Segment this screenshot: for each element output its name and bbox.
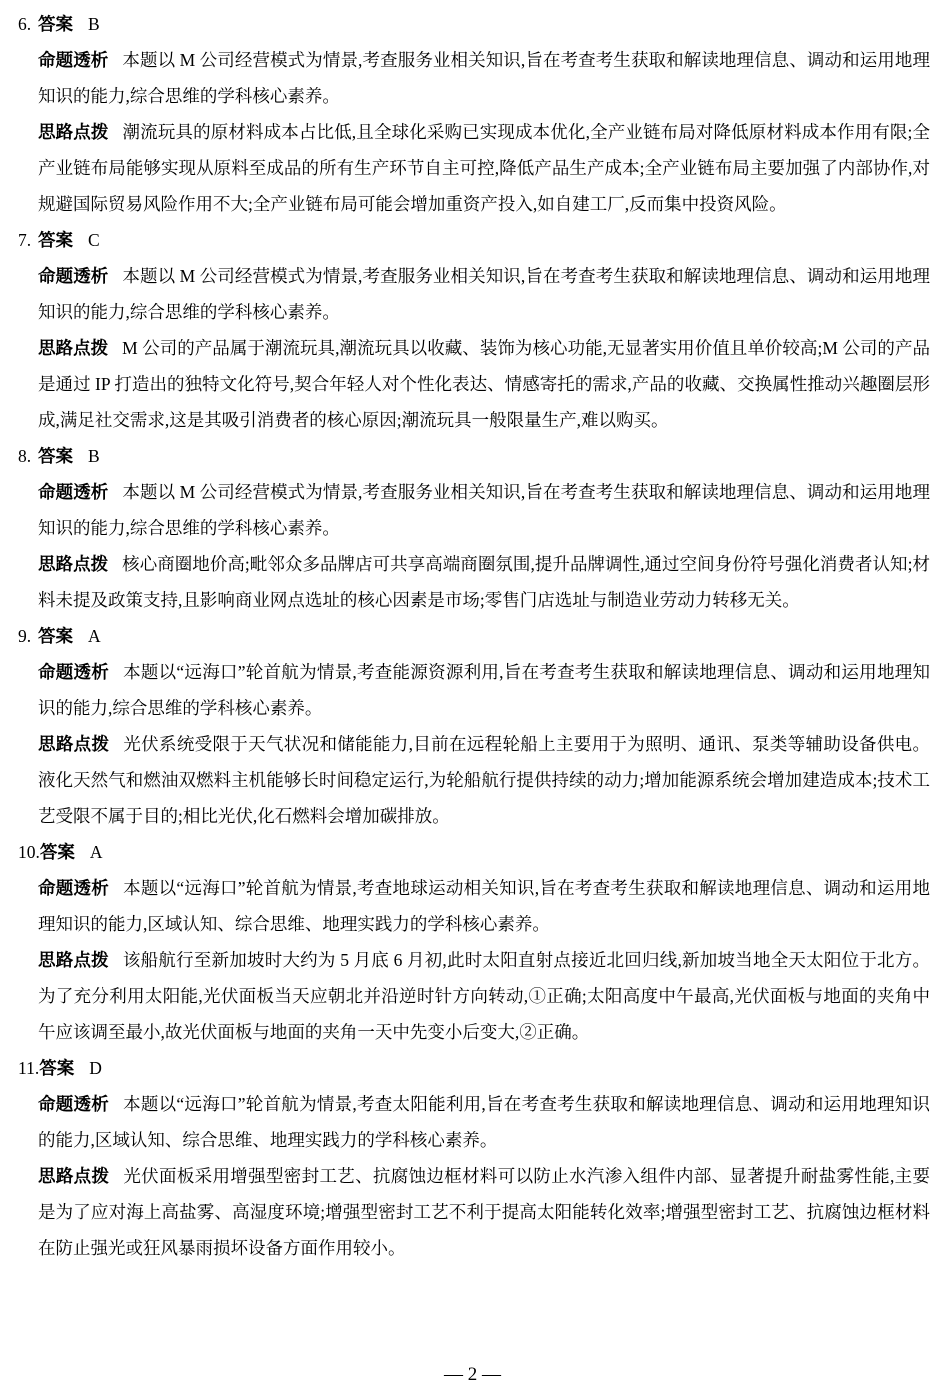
paragraph-text: 本题以“远海口”轮首航为情景,考查地球运动相关知识,旨在考查考生获取和解读地理信…	[38, 878, 930, 934]
answer-head: 6.答案B	[18, 6, 930, 42]
answer-item: 6.答案B命题透析本题以 M 公司经营模式为情景,考查服务业相关知识,旨在考查考…	[38, 6, 930, 222]
answer-head: 10.答案A	[18, 834, 930, 870]
analysis-paragraph: 命题透析本题以 M 公司经营模式为情景,考查服务业相关知识,旨在考查考生获取和解…	[38, 42, 930, 114]
answer-label: 答案	[39, 1058, 74, 1078]
analysis-paragraph: 命题透析本题以 M 公司经营模式为情景,考查服务业相关知识,旨在考查考生获取和解…	[38, 258, 930, 330]
answer-item: 10.答案A命题透析本题以“远海口”轮首航为情景,考查地球运动相关知识,旨在考查…	[38, 834, 930, 1050]
analysis-label: 命题透析	[38, 662, 109, 682]
answer-head: 8.答案B	[18, 438, 930, 474]
answer-item: 7.答案C命题透析本题以 M 公司经营模式为情景,考查服务业相关知识,旨在考查考…	[38, 222, 930, 438]
tips-paragraph: 思路点拨该船航行至新加坡时大约为 5 月底 6 月初,此时太阳直射点接近北回归线…	[38, 942, 930, 1050]
page-number: — 2 —	[444, 1364, 501, 1385]
document-page: 6.答案B命题透析本题以 M 公司经营模式为情景,考查服务业相关知识,旨在考查考…	[0, 0, 945, 1399]
question-number: 6.	[18, 6, 38, 42]
answer-item: 8.答案B命题透析本题以 M 公司经营模式为情景,考查服务业相关知识,旨在考查考…	[38, 438, 930, 618]
question-number: 10.	[18, 834, 40, 870]
paragraph-text: 核心商圈地价高;毗邻众多品牌店可共享高端商圈氛围,提升品牌调性,通过空间身份符号…	[38, 554, 930, 610]
tips-paragraph: 思路点拨M 公司的产品属于潮流玩具,潮流玩具以收藏、装饰为核心功能,无显著实用价…	[38, 330, 930, 438]
page-footer: — 2 —	[0, 1361, 945, 1389]
answer-label: 答案	[38, 14, 73, 34]
analysis-paragraph: 命题透析本题以“远海口”轮首航为情景,考查太阳能利用,旨在考查考生获取和解读地理…	[38, 1086, 930, 1158]
answer-letter: D	[89, 1058, 102, 1078]
tips-label: 思路点拨	[38, 122, 109, 142]
answer-item: 11.答案D命题透析本题以“远海口”轮首航为情景,考查太阳能利用,旨在考查考生获…	[38, 1050, 930, 1266]
tips-label: 思路点拨	[38, 554, 108, 574]
paragraph-text: 本题以 M 公司经营模式为情景,考查服务业相关知识,旨在考查考生获取和解读地理信…	[38, 50, 930, 106]
tips-paragraph: 思路点拨光伏面板采用增强型密封工艺、抗腐蚀边框材料可以防止水汽渗入组件内部、显著…	[38, 1158, 930, 1266]
answer-letter: A	[90, 842, 103, 862]
question-number: 9.	[18, 618, 38, 654]
analysis-label: 命题透析	[38, 266, 108, 286]
paragraph-text: 本题以 M 公司经营模式为情景,考查服务业相关知识,旨在考查考生获取和解读地理信…	[38, 482, 930, 538]
answer-head: 11.答案D	[18, 1050, 930, 1086]
analysis-label: 命题透析	[38, 1094, 109, 1114]
tips-label: 思路点拨	[38, 734, 109, 754]
paragraph-text: 光伏面板采用增强型密封工艺、抗腐蚀边框材料可以防止水汽渗入组件内部、显著提升耐盐…	[38, 1166, 930, 1258]
tips-label: 思路点拨	[38, 950, 109, 970]
tips-paragraph: 思路点拨潮流玩具的原材料成本占比低,且全球化采购已实现成本优化,全产业链布局对降…	[38, 114, 930, 222]
question-number: 8.	[18, 438, 38, 474]
analysis-label: 命题透析	[38, 50, 108, 70]
paragraph-text: 本题以“远海口”轮首航为情景,考查太阳能利用,旨在考查考生获取和解读地理信息、调…	[38, 1094, 930, 1150]
tips-paragraph: 思路点拨核心商圈地价高;毗邻众多品牌店可共享高端商圈氛围,提升品牌调性,通过空间…	[38, 546, 930, 618]
answer-letter: C	[88, 230, 100, 250]
analysis-paragraph: 命题透析本题以“远海口”轮首航为情景,考查能源资源利用,旨在考查考生获取和解读地…	[38, 654, 930, 726]
answer-explanations-list: 6.答案B命题透析本题以 M 公司经营模式为情景,考查服务业相关知识,旨在考查考…	[38, 6, 930, 1266]
analysis-label: 命题透析	[38, 878, 109, 898]
tips-paragraph: 思路点拨光伏系统受限于天气状况和储能能力,目前在远程轮船上主要用于为照明、通讯、…	[38, 726, 930, 834]
analysis-label: 命题透析	[38, 482, 108, 502]
answer-label: 答案	[38, 626, 73, 646]
tips-label: 思路点拨	[38, 1166, 109, 1186]
answer-letter: A	[88, 626, 101, 646]
answer-head: 9.答案A	[18, 618, 930, 654]
answer-head: 7.答案C	[18, 222, 930, 258]
answer-label: 答案	[40, 842, 75, 862]
paragraph-text: 光伏系统受限于天气状况和储能能力,目前在远程轮船上主要用于为照明、通讯、泵类等辅…	[38, 734, 930, 826]
question-number: 11.	[18, 1050, 39, 1086]
paragraph-text: 潮流玩具的原材料成本占比低,且全球化采购已实现成本优化,全产业链布局对降低原材料…	[38, 122, 930, 214]
answer-item: 9.答案A命题透析本题以“远海口”轮首航为情景,考查能源资源利用,旨在考查考生获…	[38, 618, 930, 834]
answer-letter: B	[88, 14, 100, 34]
paragraph-text: 本题以“远海口”轮首航为情景,考查能源资源利用,旨在考查考生获取和解读地理信息、…	[38, 662, 930, 718]
analysis-paragraph: 命题透析本题以“远海口”轮首航为情景,考查地球运动相关知识,旨在考查考生获取和解…	[38, 870, 930, 942]
paragraph-text: M 公司的产品属于潮流玩具,潮流玩具以收藏、装饰为核心功能,无显著实用价值且单价…	[38, 338, 930, 430]
answer-label: 答案	[38, 230, 73, 250]
question-number: 7.	[18, 222, 38, 258]
answer-label: 答案	[38, 446, 73, 466]
analysis-paragraph: 命题透析本题以 M 公司经营模式为情景,考查服务业相关知识,旨在考查考生获取和解…	[38, 474, 930, 546]
paragraph-text: 本题以 M 公司经营模式为情景,考查服务业相关知识,旨在考查考生获取和解读地理信…	[38, 266, 930, 322]
tips-label: 思路点拨	[38, 338, 108, 358]
paragraph-text: 该船航行至新加坡时大约为 5 月底 6 月初,此时太阳直射点接近北回归线,新加坡…	[38, 950, 930, 1042]
answer-letter: B	[88, 446, 100, 466]
